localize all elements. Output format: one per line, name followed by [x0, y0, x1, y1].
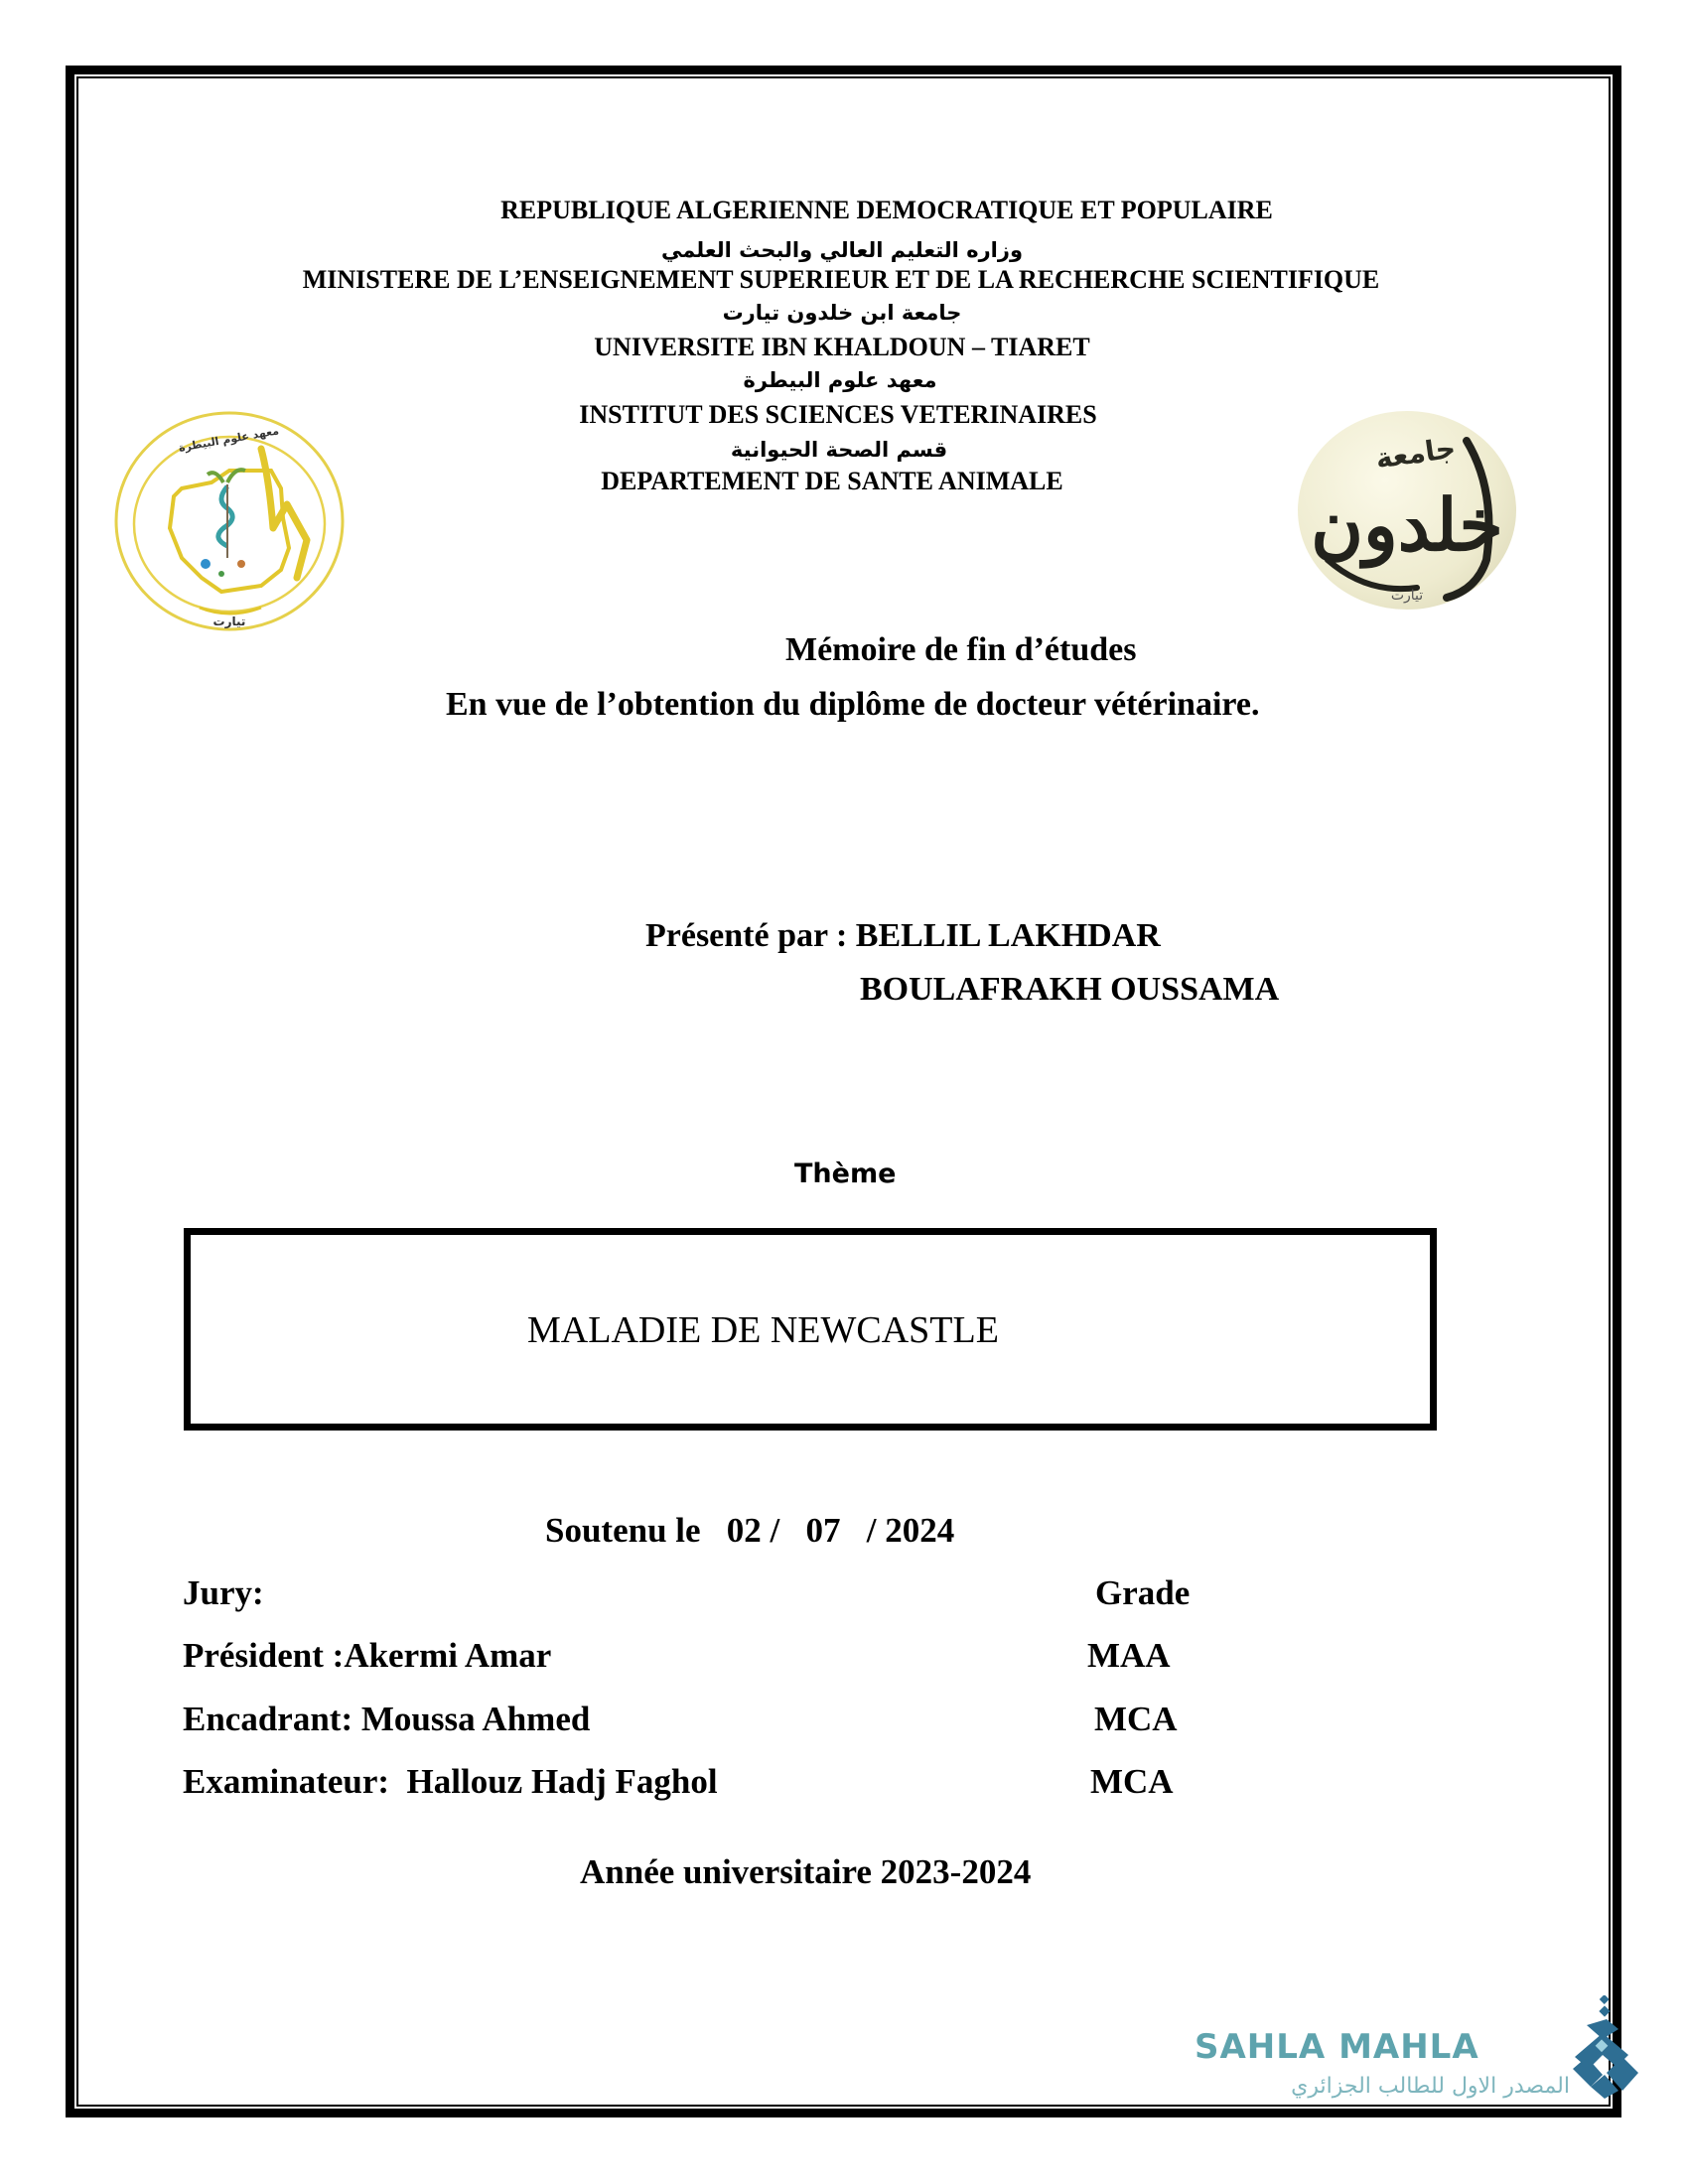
- university-arabic-line: جامعة ابن خلدون تيارت: [0, 298, 1686, 328]
- theme-title: MALADIE DE NEWCASTLE: [527, 1308, 999, 1352]
- presented-by: Présenté par : BELLIL LAKHDAR: [645, 916, 1161, 956]
- svg-text:خلدون: خلدون: [1311, 482, 1503, 569]
- jury-grade-supervisor: MCA: [1094, 1700, 1178, 1739]
- memoire-title: Mémoire de fin d’études: [785, 630, 1136, 670]
- ministry-line: MINISTERE DE L’ENSEIGNEMENT SUPERIEUR ET…: [0, 265, 1685, 295]
- grade-label: Grade: [1095, 1573, 1190, 1613]
- ministry-arabic-line: وزاره التعليم العالي والبحث العلمي: [0, 235, 1686, 265]
- university-seal: جامعة خلدون تيارت: [1298, 411, 1516, 610]
- jury-label: Jury:: [183, 1573, 264, 1613]
- sahla-mahla-logo-icon: [1567, 1995, 1640, 2100]
- diploma-purpose: En vue de l’obtention du diplôme de doct…: [446, 685, 1259, 725]
- watermark-tagline: المصدر الاول للطالب الجزائري: [1195, 2073, 1570, 2101]
- university-line: UNIVERSITE IBN KHALDOUN – TIARET: [0, 333, 1686, 362]
- institute-emblem-icon: معهد علوم البيطرة تيارت: [112, 409, 347, 633]
- jury-grade-examiner: MCA: [1090, 1762, 1174, 1802]
- watermark-brand: SAHLA MAHLA: [1195, 2027, 1479, 2067]
- defense-date: Soutenu le 02 / 07 / 2024: [545, 1511, 954, 1551]
- svg-text:تيارت: تيارت: [1391, 588, 1423, 604]
- jury-grade-president: MAA: [1087, 1636, 1171, 1676]
- jury-member-supervisor: Encadrant: Moussa Ahmed: [183, 1700, 590, 1739]
- academic-year: Année universitaire 2023-2024: [580, 1852, 1031, 1892]
- institute-arabic-line: معهد علوم البيطرة: [0, 365, 1684, 395]
- republic-line: REPUBLIQUE ALGERIENNE DEMOCRATIQUE ET PO…: [474, 196, 1300, 225]
- watermark-logo: [1567, 1995, 1640, 2100]
- presented-by-second: BOULAFRAKH OUSSAMA: [860, 970, 1279, 1010]
- theme-label: Thème: [794, 1159, 896, 1190]
- arabic-calligraphy-seal-icon: جامعة خلدون تيارت: [1298, 411, 1516, 610]
- svg-text:تيارت: تيارت: [213, 614, 246, 628]
- jury-member-examiner: Examinateur: Hallouz Hadj Faghol: [183, 1762, 718, 1802]
- jury-member-president: Président :Akermi Amar: [183, 1636, 551, 1676]
- svg-text:جامعة: جامعة: [1373, 432, 1458, 476]
- institute-logo: معهد علوم البيطرة تيارت: [112, 409, 347, 633]
